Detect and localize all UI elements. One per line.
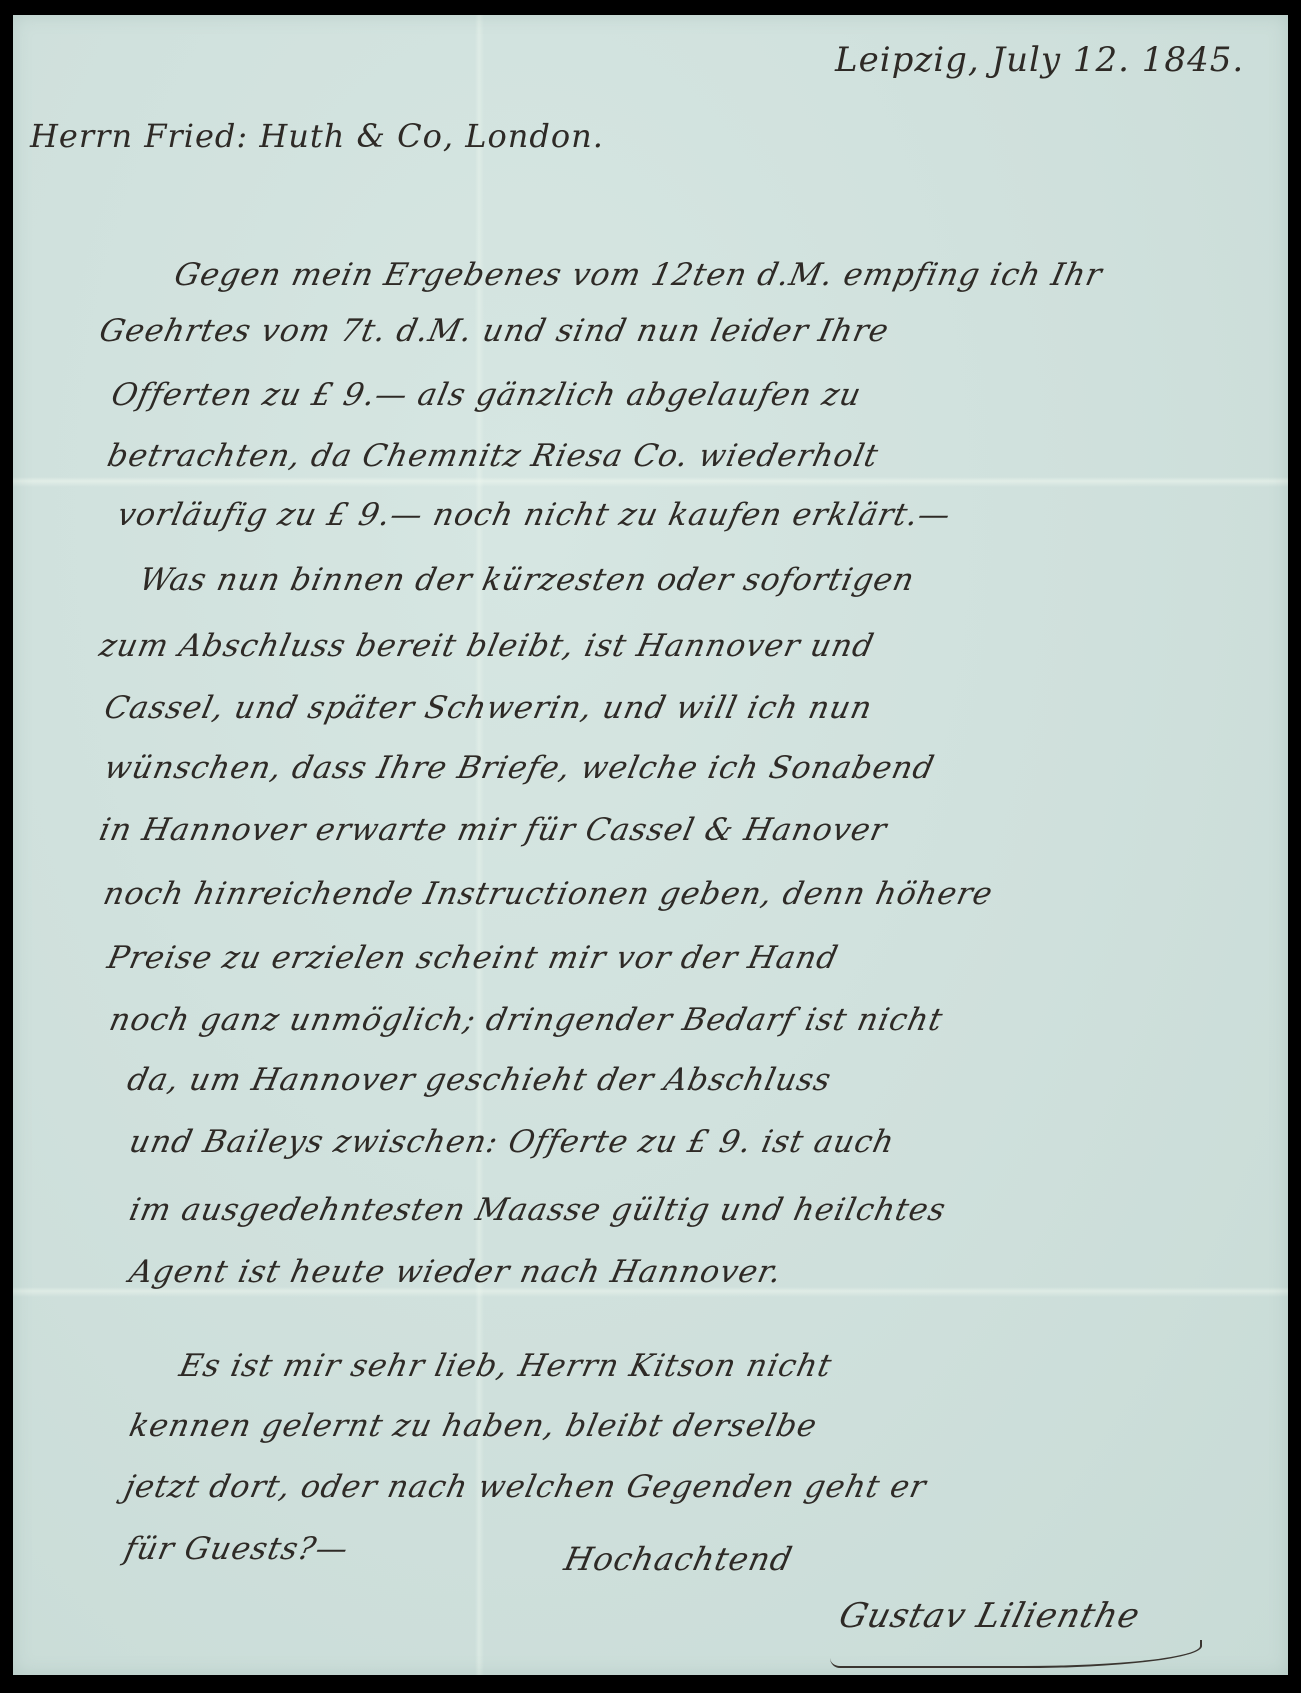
body-line-16: im ausgedehntesten Maasse gültig und hei… [126,1192,949,1228]
salutation: Herrn Fried: Huth & Co, London. [30,117,604,155]
closing: Hochachtend [561,1540,796,1578]
body-line-20: jetzt dort, oder nach welchen Gegenden g… [121,1469,930,1505]
body-line-19: kennen gelernt zu haben, bleibt derselbe [126,1408,820,1444]
body-line-18: Es ist mir sehr lieb, Herrn Kitson nicht [176,1348,835,1384]
body-line-10: in Hannover erwarte mir für Cassel & Han… [96,812,890,848]
body-line-12: Preise zu erzielen scheint mir vor der H… [104,940,841,976]
body-line-3: Offerten zu £ 9.— als gänzlich abgelaufe… [108,377,865,413]
body-line-13: noch ganz unmöglich; dringender Bedarf i… [106,1002,946,1038]
body-line-1: Gegen mein Ergebenes vom 12ten d.M. empf… [171,257,1106,293]
body-line-2: Geehrtes vom 7t. d.M. und sind nun leide… [96,313,892,349]
body-line-9: wünschen, dass Ihre Briefe, welche ich S… [101,750,938,786]
body-line-17: Agent ist heute wieder nach Hannover. [126,1254,785,1290]
body-line-15: und Baileys zwischen: Offerte zu £ 9. is… [126,1124,898,1160]
body-line-21: für Guests?— [121,1531,352,1567]
body-line-8: Cassel, und später Schwerin, und will ic… [101,690,876,726]
body-line-4: betrachten, da Chemnitz Riesa Co. wieder… [104,438,882,474]
place-date: Leipzig, July 12. 1845. [835,40,1244,80]
body-line-7: zum Abschluss bereit bleibt, ist Hannove… [96,628,877,664]
body-line-11: noch hinreichende Instructionen geben, d… [100,876,996,912]
body-line-6: Was nun binnen der kürzesten oder sofort… [136,562,918,598]
body-line-14: da, um Hannover geschieht der Abschluss [124,1062,835,1098]
signature: Gustav Lilienthe [835,1596,1144,1636]
body-line-5: vorläufig zu £ 9.— noch nicht zu kaufen … [114,497,954,533]
